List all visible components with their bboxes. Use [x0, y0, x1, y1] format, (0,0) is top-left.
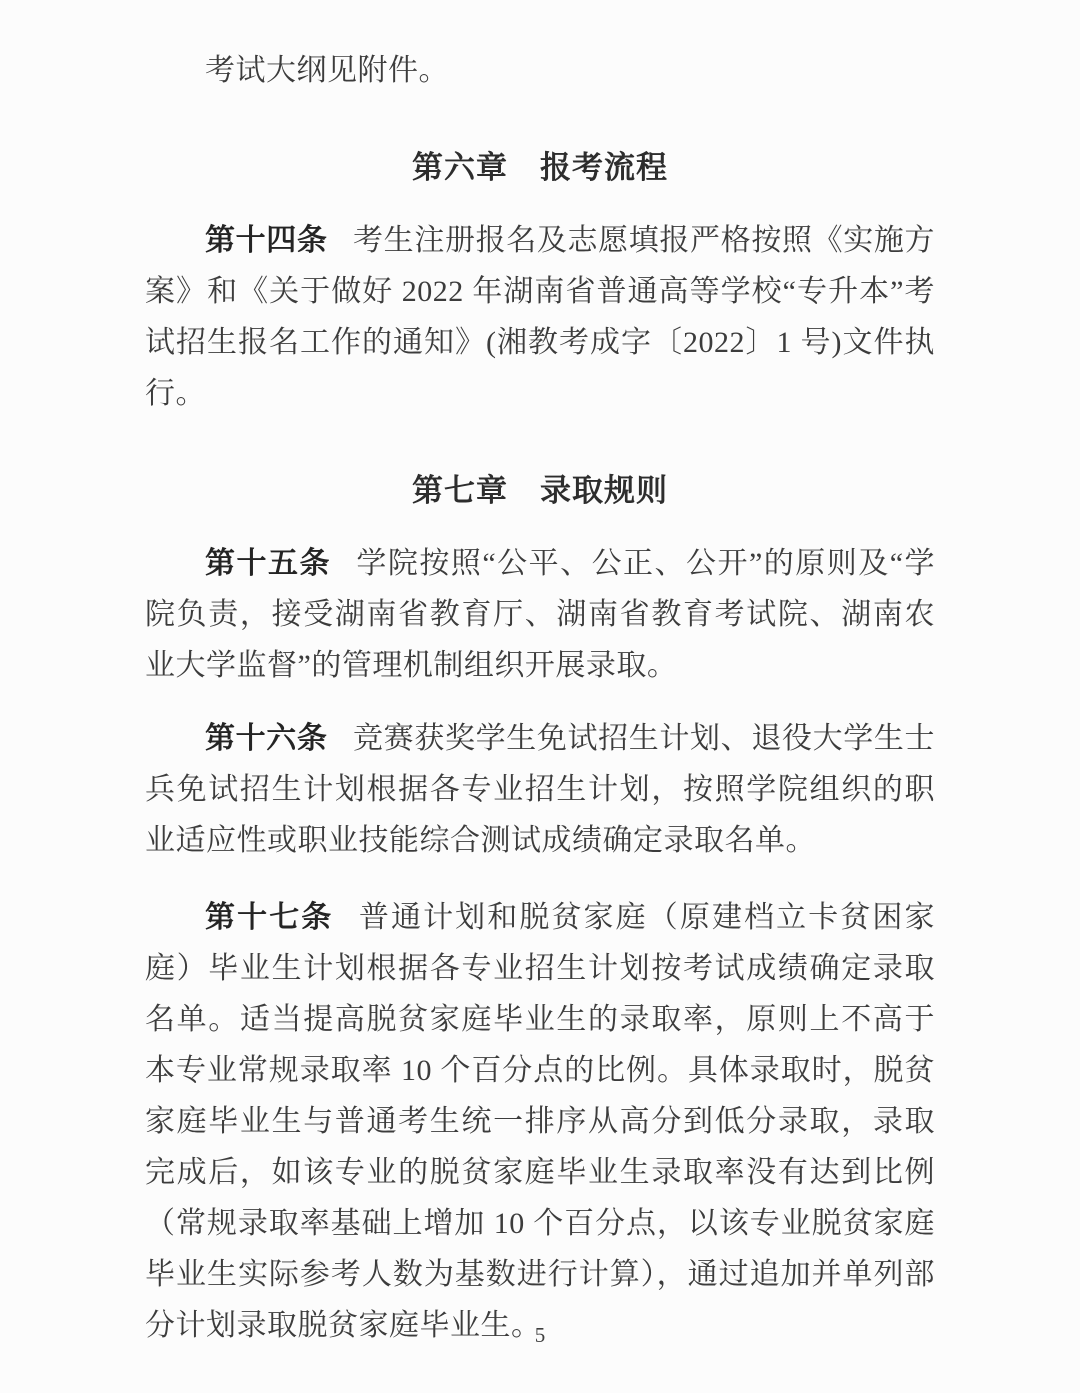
article-17-text: 普通计划和脱贫家庭（原建档立卡贫困家庭）毕业生计划根据各专业招生计划按考试成绩确…	[145, 901, 935, 1342]
chapter-heading-6: 第六章 报考流程	[145, 142, 935, 193]
article-17-label: 第十七条	[205, 901, 333, 934]
article-15: 第十五条学院按照“公平、公正、公开”的原则及“学院负责，接受湖南省教育厅、湖南省…	[145, 538, 935, 691]
article-16-label: 第十六条	[205, 722, 328, 755]
intro-paragraph: 考试大纲见附件。	[145, 45, 935, 96]
article-16: 第十六条竞赛获奖学生免试招生计划、退役大学生士兵免试招生计划根据各专业招生计划，…	[145, 713, 935, 866]
chapter-heading-7: 第七章 录取规则	[145, 465, 935, 516]
page-number: 5	[535, 1323, 546, 1347]
article-17: 第十七条普通计划和脱贫家庭（原建档立卡贫困家庭）毕业生计划根据各专业招生计划按考…	[145, 892, 935, 1351]
article-14-label: 第十四条	[205, 224, 328, 257]
article-15-label: 第十五条	[205, 547, 331, 580]
page-footer: 5	[0, 1322, 1080, 1348]
document-page: 考试大纲见附件。 第六章 报考流程 第十四条考生注册报名及志愿填报严格按照《实施…	[0, 0, 1080, 1393]
article-14: 第十四条考生注册报名及志愿填报严格按照《实施方案》和《关于做好 2022 年湖南…	[145, 215, 935, 419]
